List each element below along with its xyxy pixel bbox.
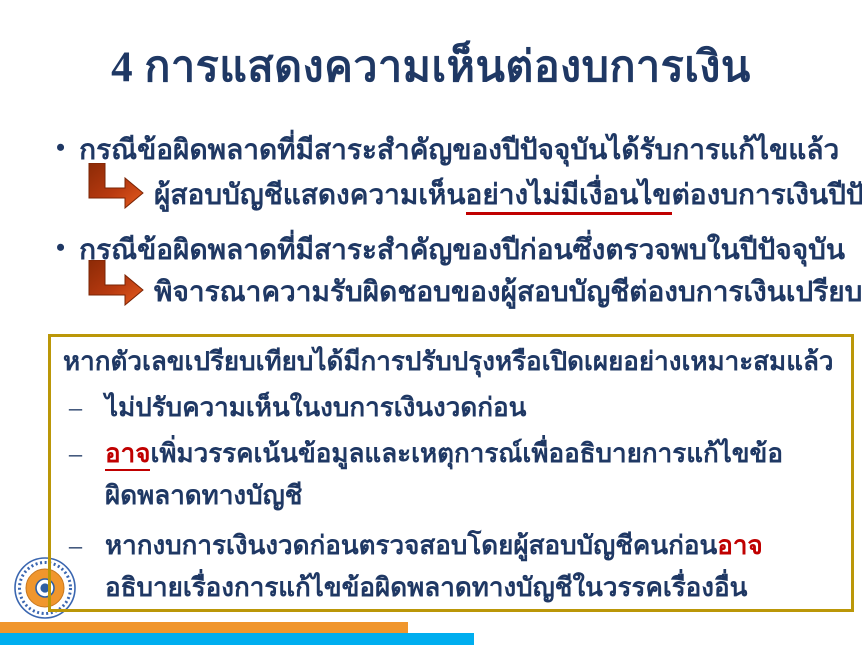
dash-item-red-word: อาจ	[717, 531, 762, 560]
bent-arrow-icon	[86, 260, 144, 306]
footer-bar-orange	[0, 622, 408, 633]
bullet-item: •กรณีข้อผิดพลาดที่มีสาระสำคัญของปีปัจจุบ…	[56, 128, 842, 172]
dash-item-text: ไม่ปรับความเห็นในงบการเงินงวดก่อน	[105, 393, 526, 422]
note-box: หากตัวเลขเปรียบเทียบได้มีการปรับปรุงหรือ…	[48, 334, 854, 612]
note-box-header: หากตัวเลขเปรียบเทียบได้มีการปรับปรุงหรือ…	[63, 341, 841, 382]
bullet-text: กรณีข้อผิดพลาดที่มีสาระสำคัญของปีปัจจุบั…	[79, 135, 839, 166]
dash-item: –ไม่ปรับความเห็นในงบการเงินงวดก่อน	[67, 387, 819, 429]
footer-bar-cyan	[0, 633, 474, 645]
dash-item-text: เพิ่มวรรคเน้นข้อมูลและเหตุการณ์เพื่ออธิบ…	[105, 439, 783, 510]
arrow-note-underlined: อย่างไม่มีเงื่อนไข	[466, 180, 672, 215]
dash-marker: –	[69, 433, 82, 475]
arrow-note-pre: พิจารณาความรับผิดชอบของผู้สอบบัญชีต่องบก…	[154, 277, 862, 308]
dash-marker: –	[69, 387, 82, 429]
bullet-dot-icon: •	[56, 233, 65, 263]
dash-item-text: หากงบการเงินงวดก่อนตรวจสอบโดยผู้สอบบัญชี…	[105, 531, 717, 560]
page-title: 4 การแสดงความเห็นต่องบการเงิน	[0, 32, 862, 100]
dash-item: –อาจเพิ่มวรรคเน้นข้อมูลและเหตุการณ์เพื่อ…	[67, 433, 807, 517]
dash-item: –หากงบการเงินงวดก่อนตรวจสอบโดยผู้สอบบัญช…	[67, 525, 809, 609]
arrow-note-post: ต่องบการเงินปีปัจจุบัน	[672, 180, 862, 211]
dash-item-red-word: อาจ	[105, 439, 150, 471]
dash-marker: –	[69, 525, 82, 567]
arrow-note-text: ผู้สอบบัญชีแสดงความเห็นอย่างไม่มีเงื่อนไ…	[154, 173, 852, 217]
dash-item-text: อธิบายเรื่องการแก้ไขข้อผิดพลาดทางบัญชีใน…	[105, 573, 747, 602]
bent-arrow-icon	[86, 163, 144, 209]
arrow-note-text: พิจารณาความรับผิดชอบของผู้สอบบัญชีต่องบก…	[154, 270, 852, 314]
bullet-text: กรณีข้อผิดพลาดที่มีสาระสำคัญของปีก่อนซึ่…	[79, 235, 845, 266]
presentation-slide: 4 การแสดงความเห็นต่องบการเงิน •กรณีข้อผิ…	[0, 0, 862, 645]
bullet-item: •กรณีข้อผิดพลาดที่มีสาระสำคัญของปีก่อนซึ…	[56, 228, 842, 272]
bullet-dot-icon: •	[56, 133, 65, 163]
arrow-note-pre: ผู้สอบบัญชีแสดงความเห็น	[154, 180, 466, 211]
